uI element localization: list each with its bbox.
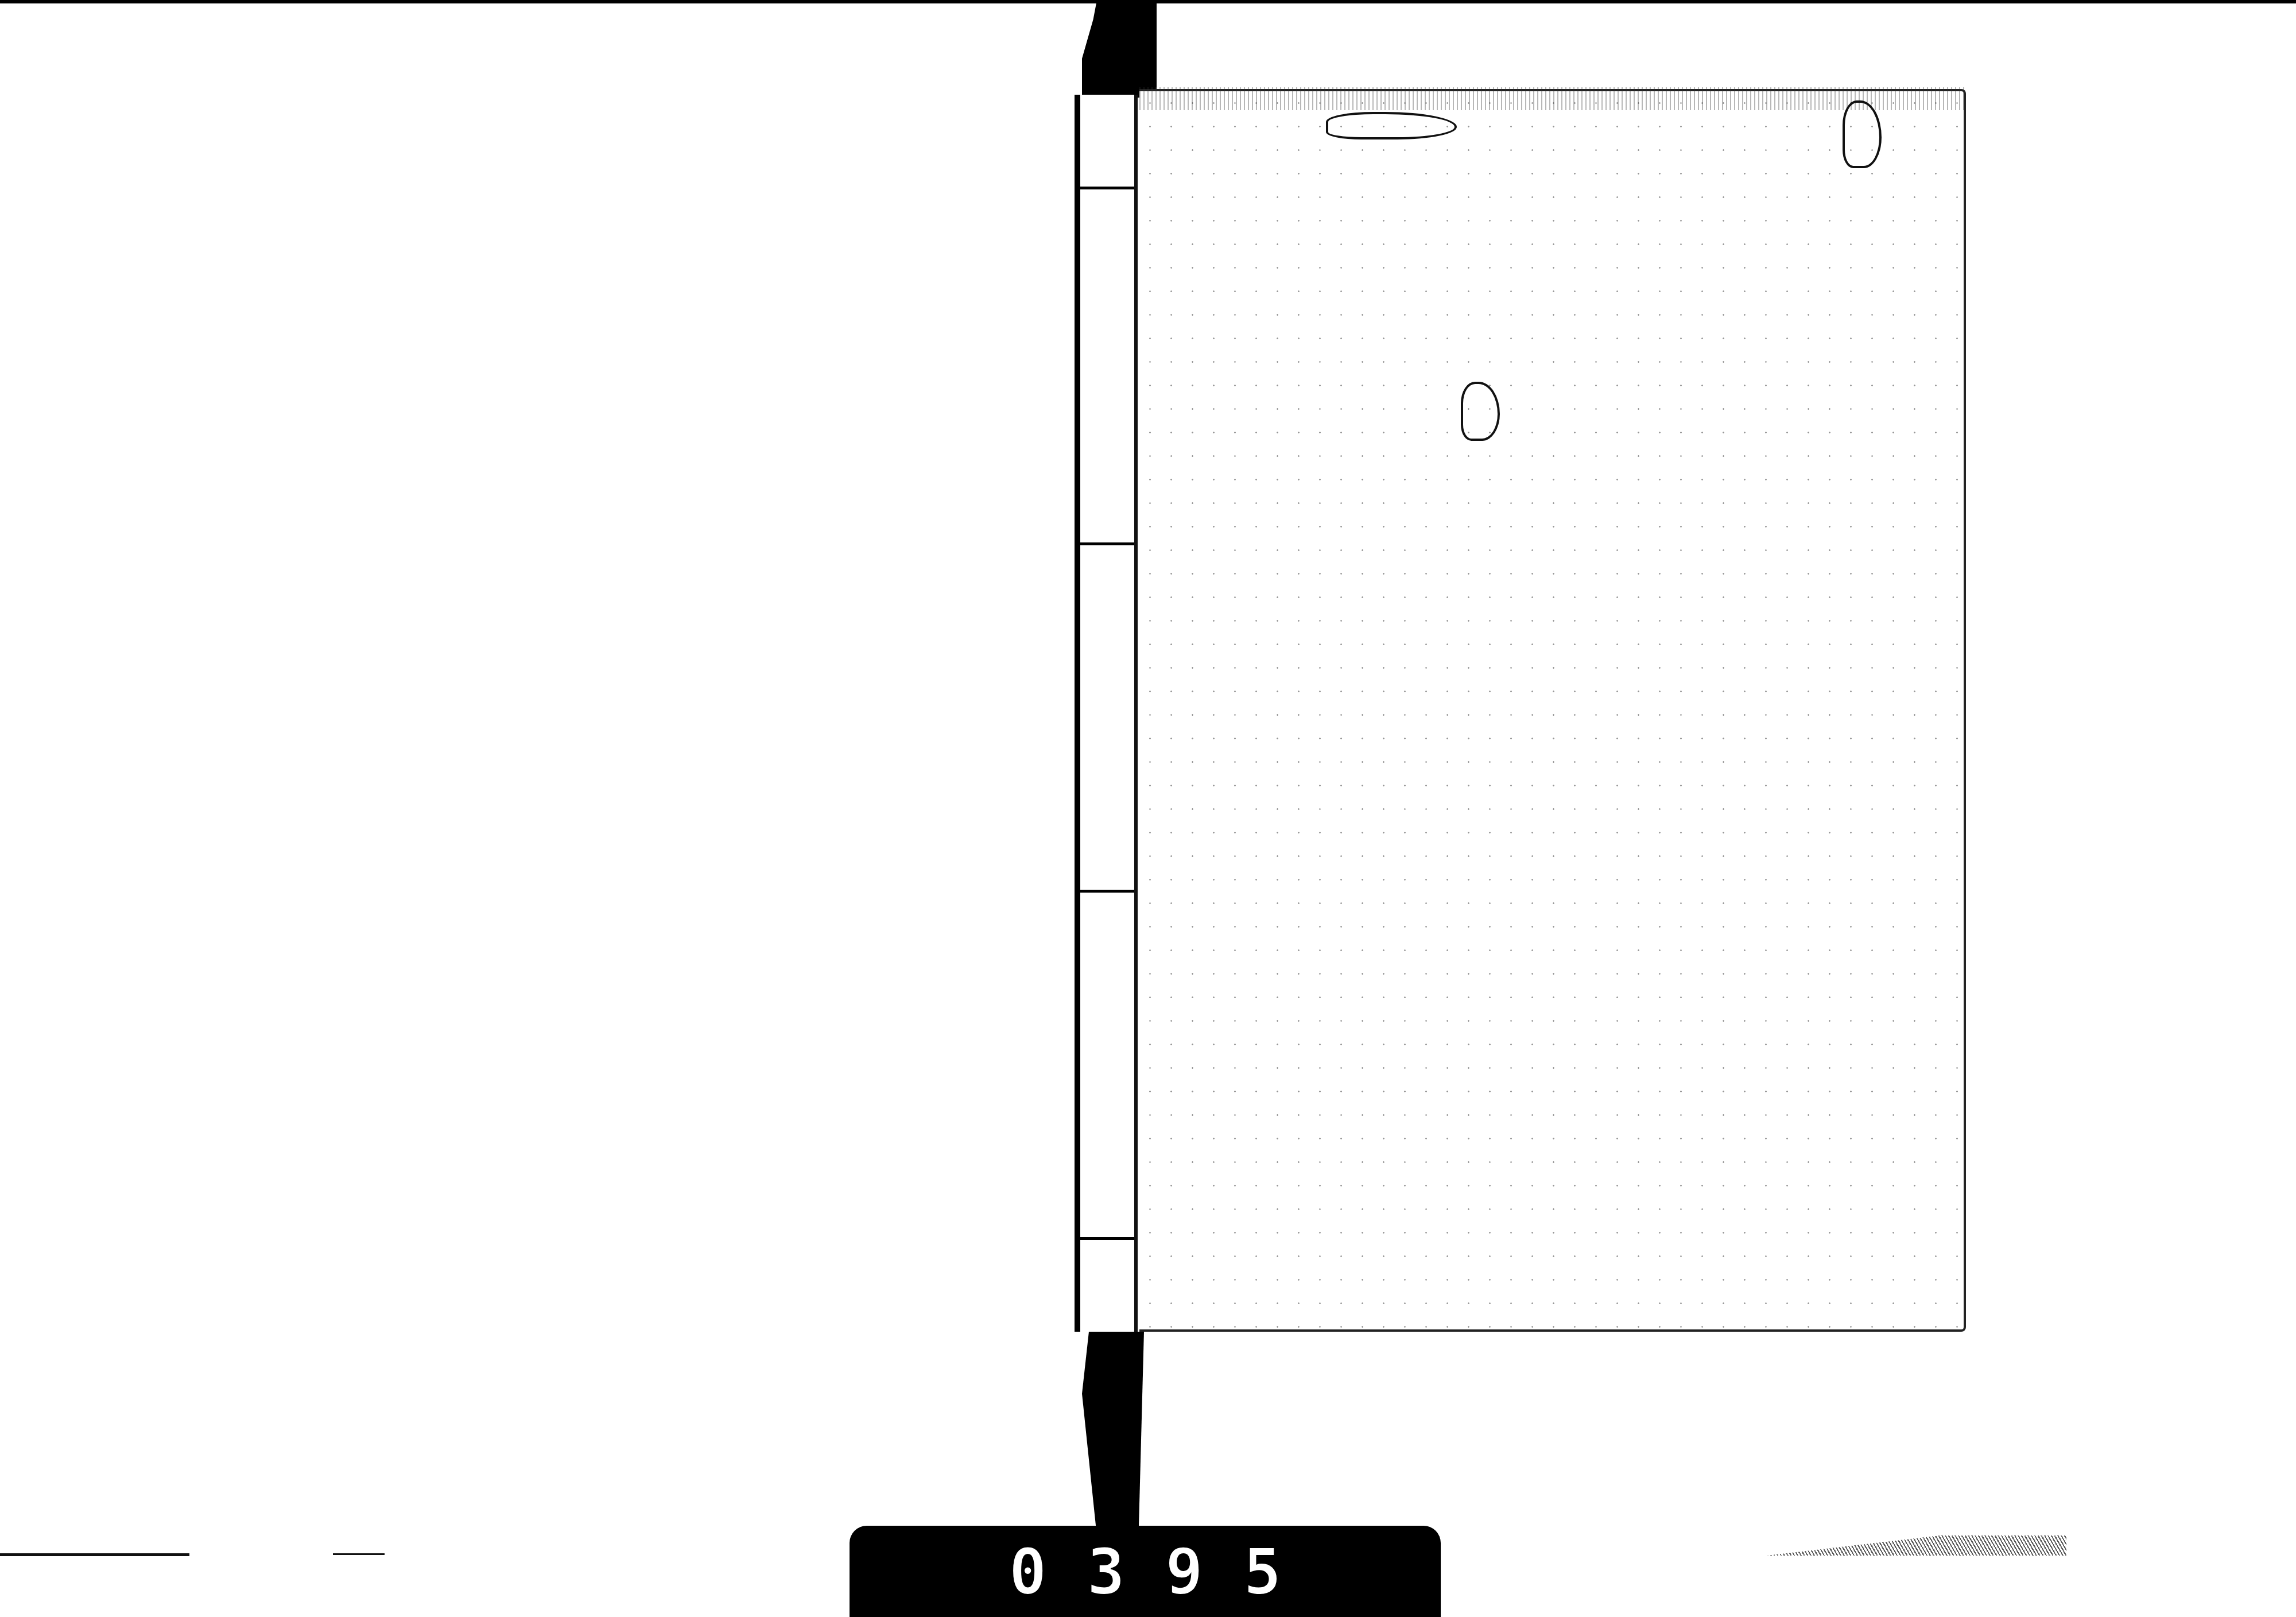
book-cover	[1139, 89, 1966, 1332]
spine-stitch-band	[1080, 1237, 1134, 1240]
spine-stitch-band	[1080, 187, 1134, 189]
frame-counter-plate: 0395	[850, 1526, 1441, 1617]
book-clamp-top	[1082, 0, 1157, 98]
scan-bed-smear	[1751, 1535, 2066, 1556]
scan-bed-line	[0, 1553, 189, 1556]
cover-worn-edge	[1139, 87, 1966, 110]
ink-smudge	[1326, 112, 1457, 139]
frame-counter: 0395	[969, 1535, 1322, 1608]
book-clamp-bottom	[1082, 1332, 1151, 1538]
spine-stitch-band	[1080, 890, 1134, 893]
book-spine	[1075, 95, 1138, 1332]
spine-stitch-band	[1080, 542, 1134, 545]
scan-bed-line	[333, 1553, 385, 1555]
